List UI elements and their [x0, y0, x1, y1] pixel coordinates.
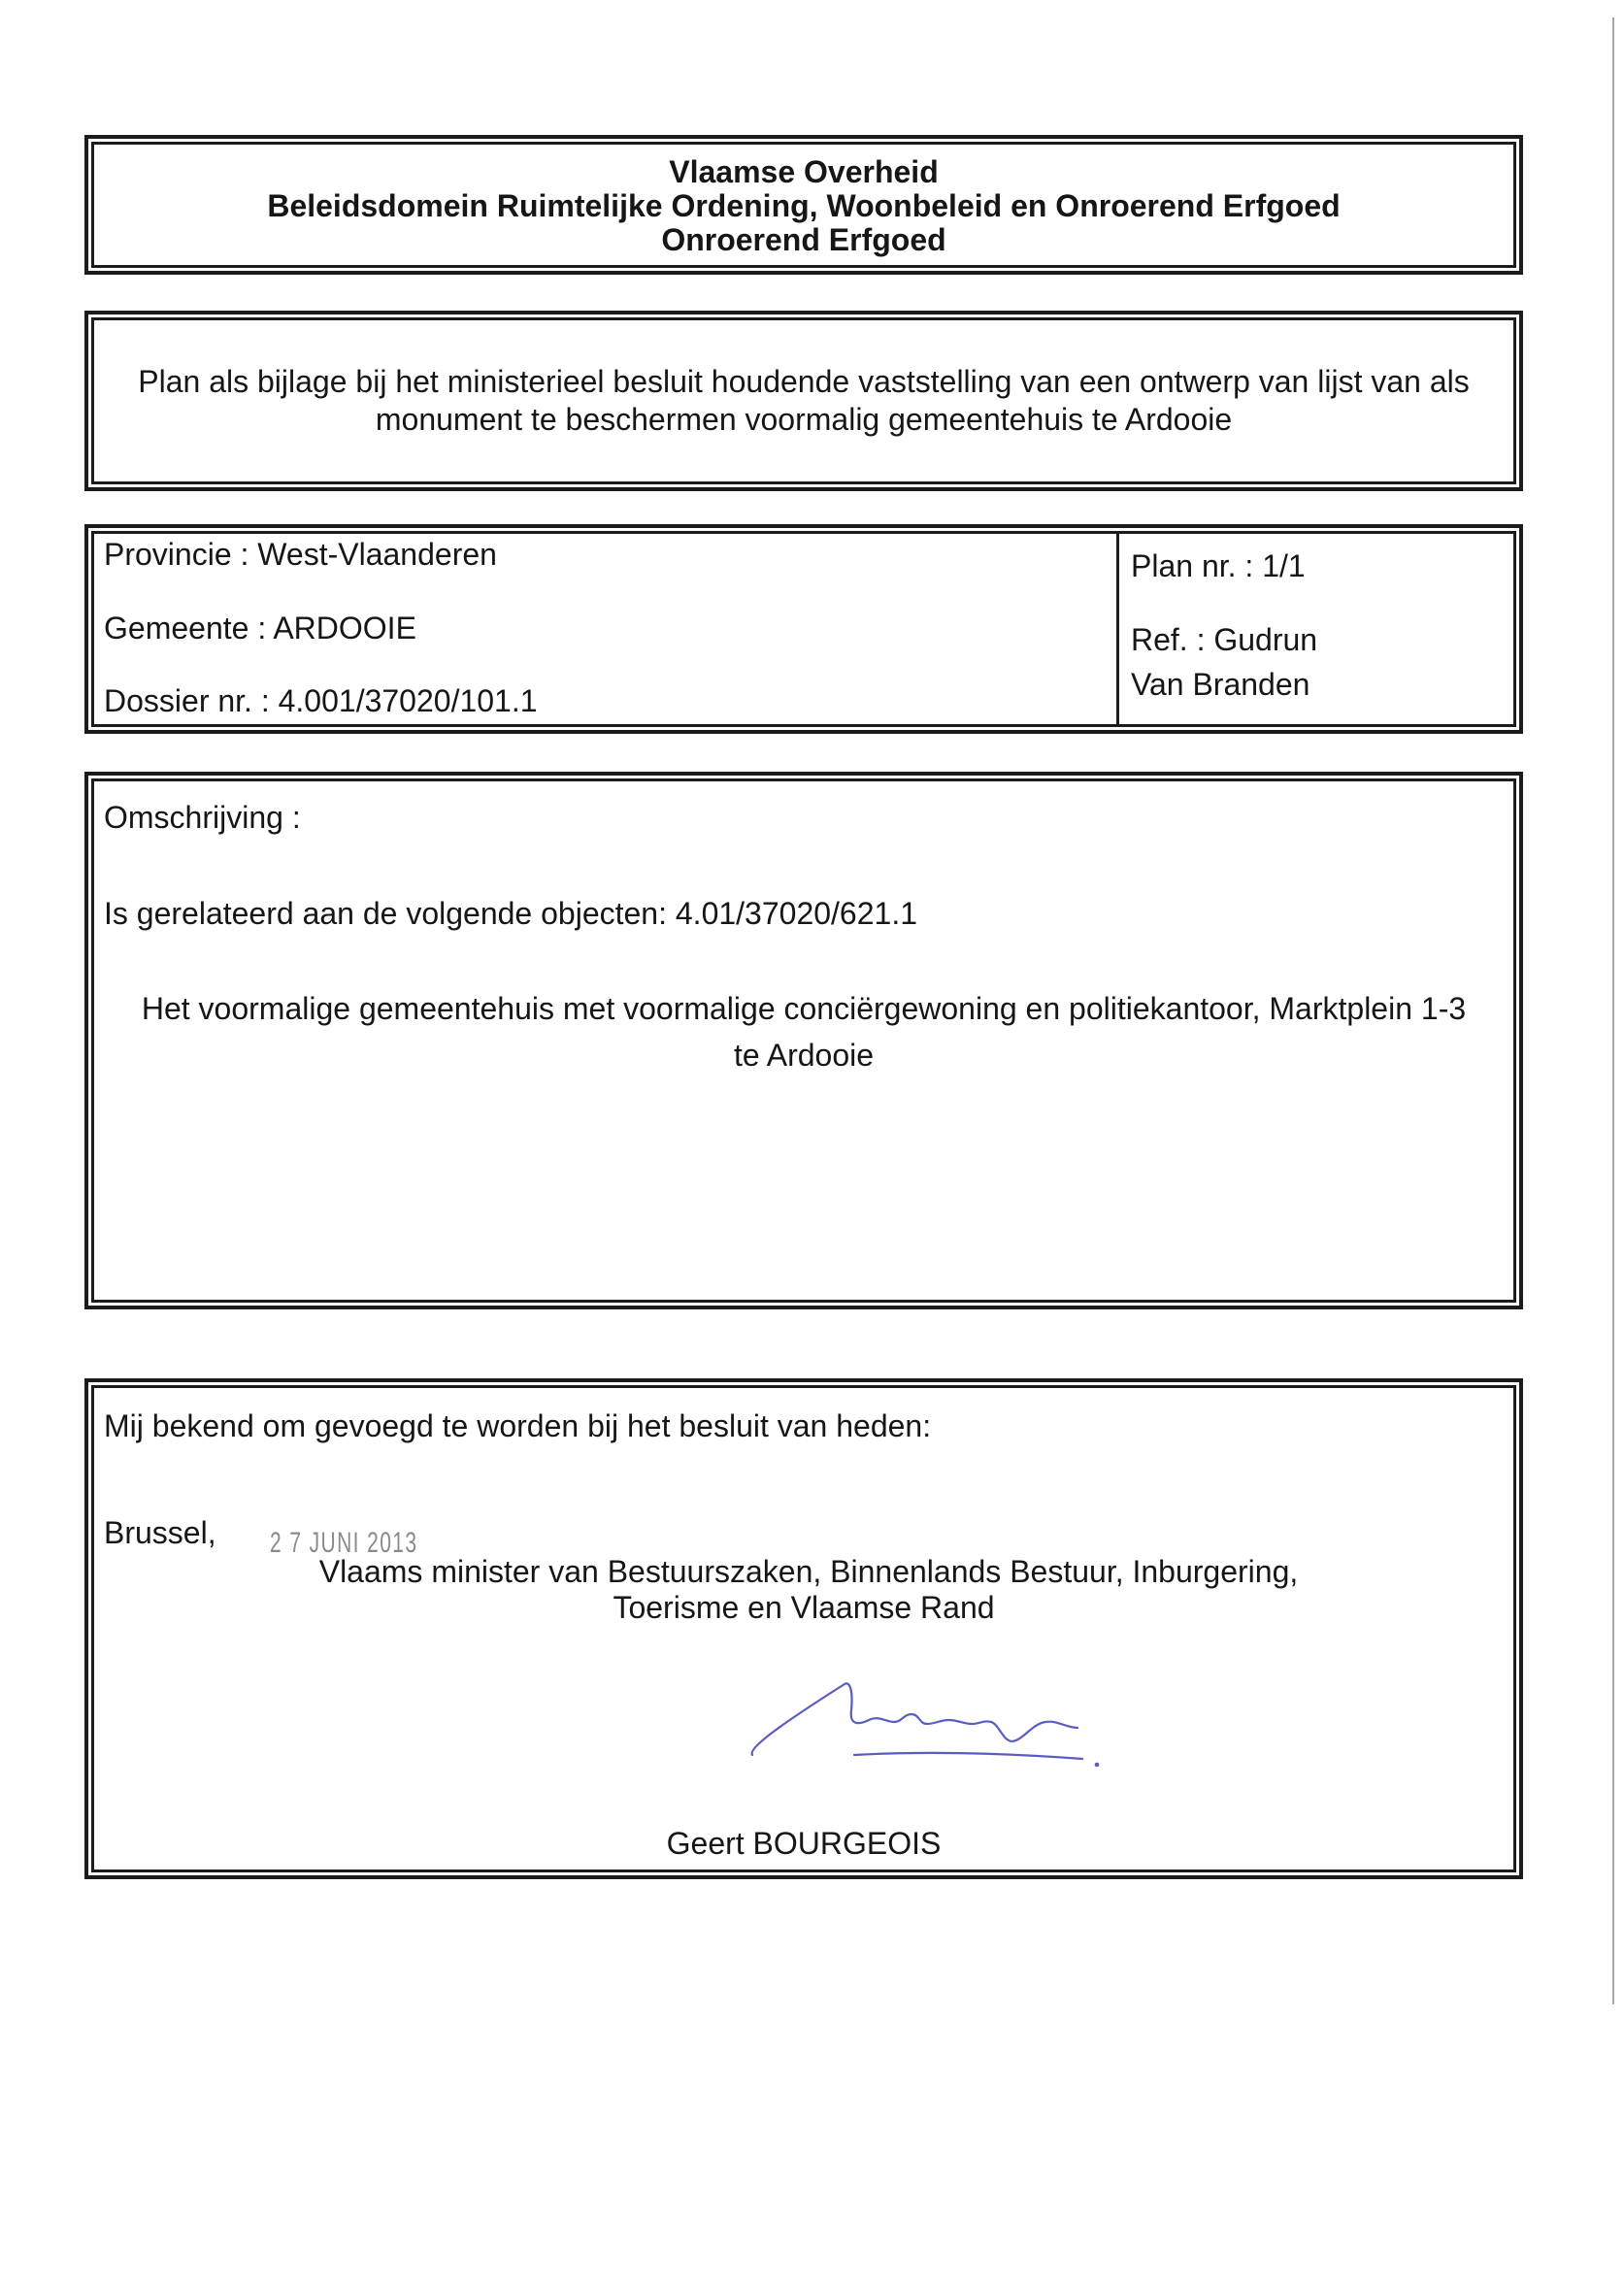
plan-title-line-1: Plan als bijlage bij het ministerieel be… — [94, 363, 1513, 400]
dossier-field: Dossier nr. : 4.001/37020/101.1 — [104, 682, 538, 719]
provincie-field: Provincie : West-Vlaanderen — [104, 536, 497, 573]
minister-title-line-1: Vlaams minister van Bestuurszaken, Binne… — [94, 1553, 1513, 1590]
plan-number-field: Plan nr. : 1/1 — [1131, 547, 1306, 584]
org-name: Vlaamse Overheid — [94, 154, 1513, 190]
header-box: Vlaamse Overheid Beleidsdomein Ruimtelij… — [84, 135, 1523, 275]
signature-box: Mij bekend om gevoegd te worden bij het … — [84, 1378, 1523, 1879]
plan-title-box: Plan als bijlage bij het ministerieel be… — [84, 311, 1523, 491]
description-text-line-2: te Ardooie — [94, 1037, 1513, 1074]
place-label: Brussel, — [104, 1514, 216, 1551]
description-label: Omschrijving : — [104, 799, 301, 836]
ref-field-name: Van Branden — [1131, 666, 1309, 703]
info-box: Provincie : West-Vlaanderen Gemeente : A… — [84, 524, 1523, 734]
gemeente-field: Gemeente : ARDOOIE — [104, 610, 416, 646]
minister-name: Geert BOURGEOIS — [94, 1825, 1513, 1862]
ref-field: Ref. : Gudrun — [1131, 621, 1317, 658]
plan-title-line-2: monument te beschermen voormalig gemeent… — [94, 401, 1513, 438]
handwritten-signature-icon — [704, 1650, 1131, 1786]
agency-name: Onroerend Erfgoed — [94, 222, 1513, 258]
approval-statement: Mij bekend om gevoegd te worden bij het … — [104, 1407, 931, 1444]
description-text-line-1: Het voormalige gemeentehuis met voormali… — [94, 990, 1513, 1027]
policy-domain: Beleidsdomein Ruimtelijke Ordening, Woon… — [94, 188, 1513, 224]
minister-title-line-2: Toerisme en Vlaamse Rand — [94, 1589, 1513, 1626]
scan-edge-line — [1612, 17, 1614, 2004]
related-objects: Is gerelateerd aan de volgende objecten:… — [104, 895, 917, 932]
column-divider — [1116, 534, 1119, 724]
description-box: Omschrijving : Is gerelateerd aan de vol… — [84, 772, 1523, 1309]
